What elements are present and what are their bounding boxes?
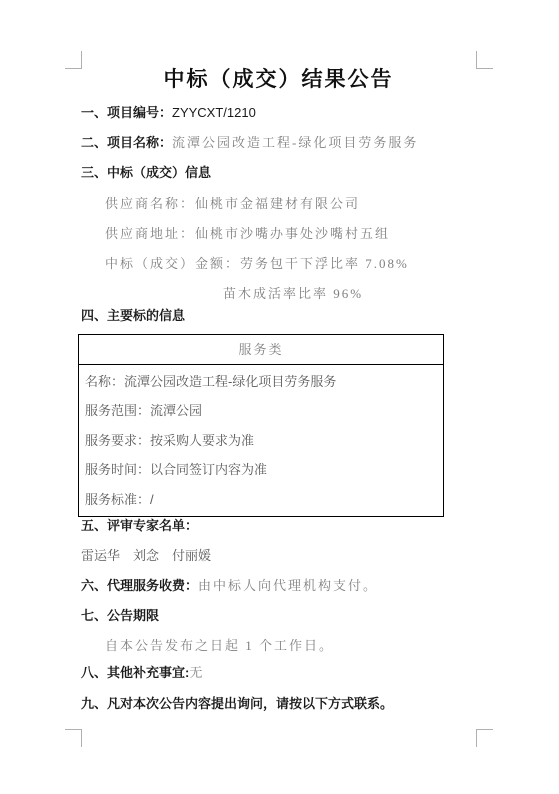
table-row-standard: 服务标准：/ xyxy=(79,485,443,514)
supplier-name-line: 供应商名称：仙桃市金福建材有限公司 xyxy=(105,189,360,219)
award-amount-line-2: 苗木成活率比率 96% xyxy=(223,279,363,309)
other-matters-line: 八、其他补充事宜:无 xyxy=(81,658,204,688)
table-header-service-category: 服务类 xyxy=(79,335,443,365)
project-number-value: ZYYCXT/1210 xyxy=(172,105,256,120)
table-row-name: 名称：流潭公园改造工程-绿化项目劳务服务 xyxy=(79,367,443,396)
experts-names: 雷运华 刘念 付丽媛 xyxy=(81,541,211,571)
experts-heading: 五、评审专家名单： xyxy=(81,511,198,541)
crop-mark-top-left-icon xyxy=(65,51,82,69)
project-number-label: 一、项目编号： xyxy=(81,105,172,120)
table-row-requirement: 服务要求：按采购人要求为准 xyxy=(79,426,443,455)
award-amount-line-1: 中标（成交）金额：劳务包干下浮比率 7.08% xyxy=(105,249,409,279)
table-body: 名称：流潭公园改造工程-绿化项目劳务服务 服务范围：流潭公园 服务要求：按采购人… xyxy=(79,365,443,516)
subject-info-table: 服务类 名称：流潭公园改造工程-绿化项目劳务服务 服务范围：流潭公园 服务要求：… xyxy=(78,334,444,517)
crop-mark-top-right-icon xyxy=(476,51,493,69)
subject-info-heading: 四、主要标的信息 xyxy=(81,301,185,331)
agency-fee-line: 六、代理服务收费：由中标人向代理机构支付。 xyxy=(81,571,378,601)
crop-mark-bottom-left-icon xyxy=(65,729,82,747)
page-title: 中标（成交）结果公告 xyxy=(81,64,476,94)
table-row-time: 服务时间：以合同签订内容为准 xyxy=(79,455,443,484)
crop-mark-bottom-right-icon xyxy=(476,729,493,747)
contact-heading: 九、凡对本次公告内容提出询问，请按以下方式联系。 xyxy=(81,689,393,719)
project-number-line: 一、项目编号：ZYYCXT/1210 xyxy=(81,98,256,128)
announcement-period-heading: 七、公告期限 xyxy=(81,601,159,631)
project-name-value: 流潭公园改造工程-绿化项目劳务服务 xyxy=(172,135,418,150)
announcement-period-value: 自本公告发布之日起 1 个工作日。 xyxy=(105,631,334,661)
document-page: 中标（成交）结果公告 一、项目编号：ZYYCXT/1210 二、项目名称：流潭公… xyxy=(0,0,559,794)
project-name-label: 二、项目名称： xyxy=(81,135,172,150)
project-name-line: 二、项目名称：流潭公园改造工程-绿化项目劳务服务 xyxy=(81,128,418,158)
supplier-address-line: 供应商地址：仙桃市沙嘴办事处沙嘴村五组 xyxy=(105,219,390,249)
table-row-scope: 服务范围：流潭公园 xyxy=(79,396,443,425)
award-info-heading: 三、中标（成交）信息 xyxy=(81,158,211,188)
